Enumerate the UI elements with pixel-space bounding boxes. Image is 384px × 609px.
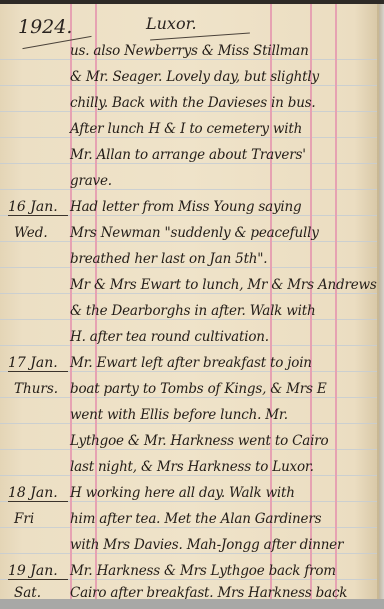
diary-line: & Mr. Seager. Lovely day, but slightly	[70, 67, 370, 87]
diary-line: Mr & Mrs Ewart to lunch, Mr & Mrs Andrew…	[70, 275, 370, 295]
entry-day: Wed.	[14, 223, 64, 243]
header-place-underline	[150, 33, 250, 41]
diary-line: grave.	[70, 171, 370, 191]
date-underline	[8, 501, 68, 502]
date-underline	[8, 371, 68, 372]
diary-line: H working here all day. Walk with	[70, 483, 370, 503]
diary-line: After lunch H & I to cemetery with	[70, 119, 370, 139]
diary-line: Had letter from Miss Young saying	[70, 197, 370, 217]
diary-line: Lythgoe & Mr. Harkness went to Cairo	[70, 431, 370, 451]
diary-line: Cairo after breakfast. Mrs Harkness back	[70, 583, 370, 599]
scan-background-strip	[0, 599, 384, 609]
header-place: Luxor.	[146, 14, 197, 33]
entry-day: Thurs.	[14, 379, 64, 399]
diary-line: boat party to Tombs of Kings, & Mrs E	[70, 379, 370, 399]
entry-day: Fri	[14, 509, 64, 529]
diary-line: Mr. Allan to arrange about Travers'	[70, 145, 370, 165]
diary-line: chilly. Back with the Davieses in bus.	[70, 93, 370, 113]
diary-line: last night, & Mrs Harkness to Luxor.	[70, 457, 370, 477]
diary-line: breathed her last on Jan 5th".	[70, 249, 370, 269]
entry-date: 19 Jan.	[8, 561, 68, 581]
entry-date: 17 Jan.	[8, 353, 68, 373]
diary-line: H. after tea round cultivation.	[70, 327, 370, 347]
diary-line: him after tea. Met the Alan Gardiners	[70, 509, 370, 529]
diary-line: with Mrs Davies. Mah-Jongg after dinner	[70, 535, 370, 555]
diary-line: us. also Newberrys & Miss Stillman	[70, 41, 370, 61]
diary-page: 1924. Luxor. us. also Newberrys & Miss S…	[0, 4, 379, 599]
entry-date: 16 Jan.	[8, 197, 68, 217]
entry-date: 18 Jan.	[8, 483, 68, 503]
entry-day: Sat.	[14, 583, 64, 599]
diary-line: Mr. Ewart left after breakfast to join	[70, 353, 370, 373]
header-year: 1924.	[18, 16, 72, 38]
date-underline	[8, 579, 68, 580]
diary-line: & the Dearborghs in after. Walk with	[70, 301, 370, 321]
diary-line: Mr. Harkness & Mrs Lythgoe back from	[70, 561, 370, 581]
diary-line: Mrs Newman "suddenly & peacefully	[70, 223, 370, 243]
date-underline	[8, 215, 68, 216]
diary-line: went with Ellis before lunch. Mr.	[70, 405, 370, 425]
